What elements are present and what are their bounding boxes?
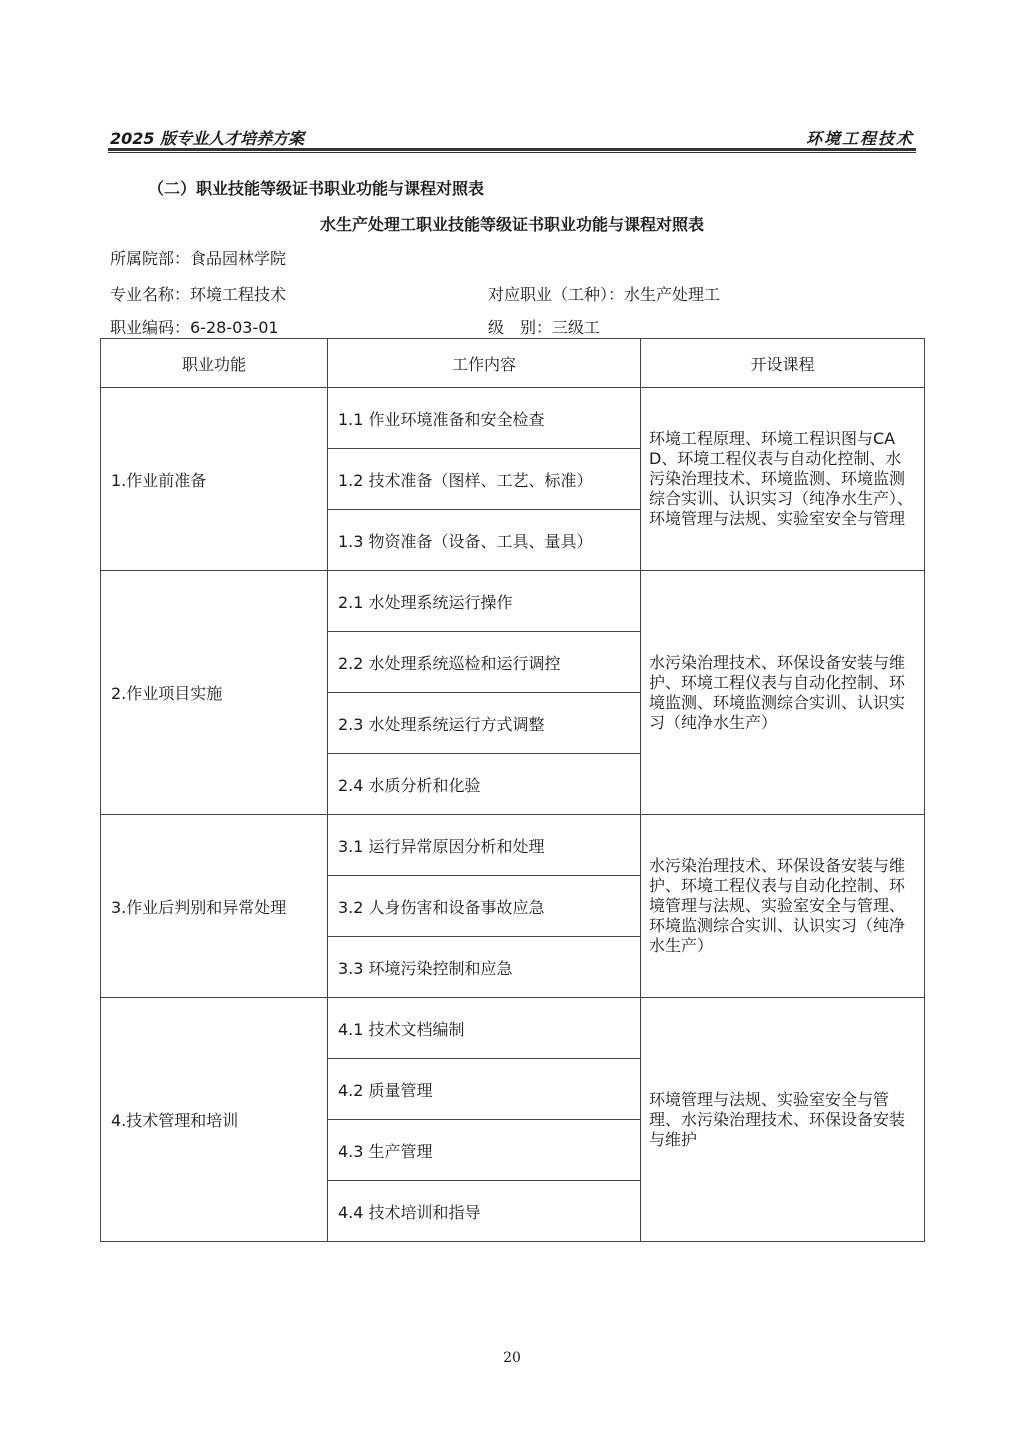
page-header: 2025 版专业人才培养方案 环境工程技术 (110, 124, 914, 148)
meta-college: 所属院部：食品园林学院 (110, 246, 286, 269)
task-cell: 4.3 生产管理 (328, 1120, 641, 1181)
task-cell: 1.1 作业环境准备和安全检查 (328, 388, 641, 449)
course-cell: 水污染治理技术、环保设备安装与维护、环境工程仪表与自动化控制、环境管理与法规、实… (641, 815, 925, 998)
task-cell: 3.1 运行异常原因分析和处理 (328, 815, 641, 876)
course-cell: 环境管理与法规、实验室安全与管理、水污染治理技术、环保设备安装与维护 (641, 998, 925, 1242)
function-cell: 4.技术管理和培训 (101, 998, 328, 1242)
table-header-row: 职业功能 工作内容 开设课程 (101, 339, 925, 388)
task-cell: 1.2 技术准备（图样、工艺、标准） (328, 449, 641, 510)
task-cell: 4.1 技术文档编制 (328, 998, 641, 1059)
section-title: （二）职业技能等级证书职业功能与课程对照表 (148, 176, 484, 199)
course-cell: 水污染治理技术、环保设备安装与维护、环境工程仪表与自动化控制、环境监测、环境监测… (641, 571, 925, 815)
column-header-function: 职业功能 (101, 339, 328, 388)
task-cell: 3.2 人身伤害和设备事故应急 (328, 876, 641, 937)
task-cell: 2.2 水处理系统巡检和运行调控 (328, 632, 641, 693)
function-course-table: 职业功能 工作内容 开设课程 1.作业前准备 1.1 作业环境准备和安全检查 环… (100, 338, 925, 1242)
table-title: 水生产处理工职业技能等级证书职业功能与课程对照表 (0, 212, 1024, 235)
table-row: 1.作业前准备 1.1 作业环境准备和安全检查 环境工程原理、环境工程识图与CA… (101, 388, 925, 449)
task-cell: 4.4 技术培训和指导 (328, 1181, 641, 1242)
task-cell: 2.3 水处理系统运行方式调整 (328, 693, 641, 754)
meta-code: 职业编码：6-28-03-01 (110, 315, 279, 338)
meta-occupation: 对应职业（工种）：水生产处理工 (488, 282, 720, 305)
function-cell: 1.作业前准备 (101, 388, 328, 571)
table-row: 4.技术管理和培训 4.1 技术文档编制 环境管理与法规、实验室安全与管理、水污… (101, 998, 925, 1059)
task-cell: 3.3 环境污染控制和应急 (328, 937, 641, 998)
meta-level: 级 别：三级工 (488, 315, 600, 338)
task-cell: 2.1 水处理系统运行操作 (328, 571, 641, 632)
header-document-title: 2025 版专业人才培养方案 (110, 126, 304, 149)
task-cell: 1.3 物资准备（设备、工具、量具） (328, 510, 641, 571)
header-rule (108, 148, 916, 153)
page-number: 20 (0, 1350, 1024, 1366)
header-major-name: 环境工程技术 (806, 126, 914, 149)
course-cell: 环境工程原理、环境工程识图与CAD、环境工程仪表与自动化控制、水污染治理技术、环… (641, 388, 925, 571)
task-cell: 4.2 质量管理 (328, 1059, 641, 1120)
meta-major: 专业名称：环境工程技术 (110, 282, 286, 305)
column-header-task: 工作内容 (328, 339, 641, 388)
column-header-course: 开设课程 (641, 339, 925, 388)
function-cell: 3.作业后判别和异常处理 (101, 815, 328, 998)
table-row: 2.作业项目实施 2.1 水处理系统运行操作 水污染治理技术、环保设备安装与维护… (101, 571, 925, 632)
table-row: 3.作业后判别和异常处理 3.1 运行异常原因分析和处理 水污染治理技术、环保设… (101, 815, 925, 876)
function-cell: 2.作业项目实施 (101, 571, 328, 815)
task-cell: 2.4 水质分析和化验 (328, 754, 641, 815)
